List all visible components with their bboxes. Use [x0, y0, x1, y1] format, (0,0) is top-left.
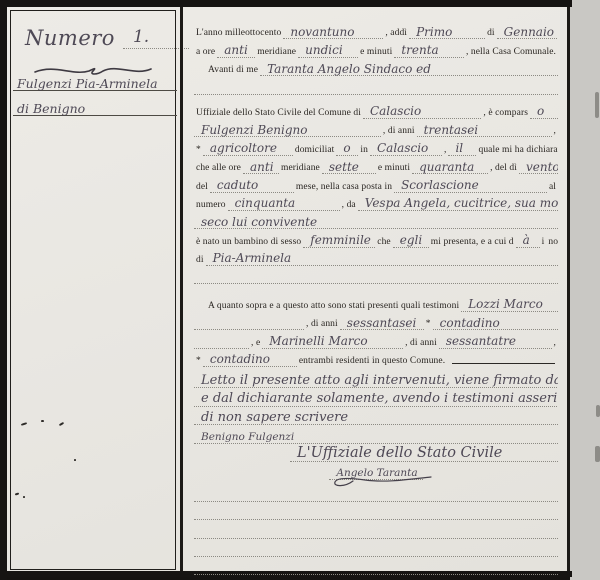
act-line: Uffiziale dello Stato Civile del Comune … [194, 101, 558, 119]
printed-text: , addì [383, 28, 409, 39]
act-line [194, 520, 558, 538]
blank-dotted-line [194, 317, 304, 330]
printed-text: L'anno milleottocento [194, 28, 283, 39]
registrant-father: di Benigno [13, 102, 177, 116]
scan-smudge [595, 446, 600, 462]
act-line: è nato un bambino di sessofemminilecheeg… [194, 229, 558, 247]
printed-text: Uffiziale dello Stato Civile del Comune … [194, 108, 363, 119]
printed-text: domiciliat [293, 145, 337, 156]
handwritten-entry: contadino [433, 317, 558, 331]
handwritten-entry: o [336, 142, 358, 156]
act-line: seco lui convivente [194, 211, 558, 229]
act-line: *agricoltoredomiciliatoinCalascio,ilqual… [194, 137, 558, 155]
printed-text: nom [546, 237, 558, 248]
numero-row: Numero 1. [25, 27, 165, 49]
printed-text: in [358, 145, 370, 156]
act-line: L'anno milleottocentonovantuno, addìPrim… [194, 21, 558, 39]
handwritten-entry: quaranta [412, 161, 488, 175]
blank-dotted-line [194, 82, 558, 95]
printed-text: che alle ore [194, 163, 243, 174]
handwritten-entry: di non sapere scrivere [194, 411, 558, 426]
handwritten-entry: cinquanta [228, 197, 340, 211]
printed-text: , e [249, 338, 262, 349]
printed-text: meridiane [279, 163, 322, 174]
act-line: di non sapere scrivere [194, 407, 558, 425]
handwritten-entry: Gennaio [497, 26, 558, 40]
act-line: , eMarinelli Marco, di annisessantatre, [194, 330, 558, 348]
handwritten-entry: Taranta Angelo Sindaco ed [260, 63, 558, 77]
scan-left-border [0, 0, 7, 580]
scan-top-border [0, 0, 572, 7]
handwritten-entry: L'Uffiziale dello Stato Civile [290, 446, 558, 462]
printed-text: numero [194, 200, 228, 211]
document-scan: Numero 1. Fulgenzi Pia-Arminela di Benig… [0, 0, 600, 580]
ink-speck [59, 422, 64, 426]
registrant-name: Fulgenzi Pia-Arminela [13, 77, 177, 91]
act-line: delcadutomese, nella casa posta inScorla… [194, 174, 558, 192]
handwritten-entry: Calascio [370, 142, 442, 156]
handwritten-entry: sessantatre [439, 335, 552, 349]
handwritten-entry: caduto [210, 179, 294, 193]
act-line [194, 502, 558, 520]
handwritten-entry: Marinelli Marco [262, 335, 403, 349]
handwritten-entry: trenta [394, 44, 464, 58]
act-line [194, 266, 558, 284]
act-line: *contadinoentrambi residenti in questo C… [194, 349, 558, 367]
act-line [194, 557, 558, 575]
printed-text: a ore [194, 47, 217, 58]
handwritten-entry: o [530, 105, 558, 119]
printed-text: , di anni [403, 338, 439, 349]
handwritten-entry: e dal dichiarante solamente, avendo i te… [194, 392, 558, 407]
act-line: a oreantimeridianeundicie minutitrenta, … [194, 39, 558, 57]
act-line: Avanti di meTaranta Angelo Sindaco ed [194, 58, 558, 76]
blank-dotted-line [194, 544, 558, 557]
printed-text: quale mi ha dichiarato [476, 145, 558, 156]
handwritten-entry: sette [322, 161, 376, 175]
scan-smudge [596, 405, 600, 417]
handwritten-entry: Vespa Angela, cucitrice, sua moglie [358, 197, 558, 211]
printed-text: * [194, 356, 203, 367]
printed-text: A quanto sopra e a questo atto sono stat… [206, 301, 461, 312]
handwritten-entry: contadino [203, 353, 297, 367]
act-line: Letto il presente atto agli intervenuti,… [194, 370, 558, 388]
handwritten-entry: Fulgenzi Benigno [194, 124, 381, 138]
printed-text: , [552, 126, 558, 137]
handwritten-entry: Pia-Arminela [206, 252, 558, 266]
blank-dotted-line [194, 526, 558, 539]
printed-text: , di anni [381, 126, 417, 137]
act-line [194, 539, 558, 557]
printed-text: , da [340, 200, 358, 211]
printed-text: * [424, 319, 433, 330]
ink-speck [23, 496, 25, 498]
ink-speck [21, 422, 27, 426]
main-column-right-border [567, 7, 570, 571]
handwritten-entry: agricoltore [203, 142, 293, 156]
printed-text: , [552, 338, 558, 349]
margin-column: Numero 1. Fulgenzi Pia-Arminela di Benig… [10, 10, 176, 570]
printed-text: e minuti [376, 163, 412, 174]
handwritten-entry: seco lui convivente [194, 216, 558, 230]
scan-right-margin [570, 0, 600, 580]
printed-text: del [194, 182, 210, 193]
printed-text: mi presenta, e a cui d [429, 237, 516, 248]
blank-dotted-line [194, 562, 558, 575]
printed-text: Avanti di me [206, 65, 260, 76]
handwritten-entry: Letto il presente atto agli intervenuti,… [194, 374, 558, 389]
numero-label: Numero [25, 27, 115, 49]
printed-text: , del dì [488, 163, 519, 174]
act-line: , di annisessantasei*contadino [194, 312, 558, 330]
printed-text: che [375, 237, 392, 248]
handwritten-entry: à [516, 234, 540, 248]
handwritten-entry: femminile [303, 234, 375, 248]
printed-text: di [194, 255, 206, 266]
act-line [194, 76, 558, 94]
signature-flourish [325, 474, 435, 490]
act-line: che alle oreantimeridianesettee minutiqu… [194, 156, 558, 174]
printed-text: , è compars [481, 108, 530, 119]
printed-text: , nella Casa Comunale. [464, 47, 558, 58]
handwritten-entry: Primo [409, 26, 485, 40]
blank-dotted-line [194, 507, 558, 520]
printed-text: al [547, 182, 558, 193]
act-line: L'Uffiziale dello Stato Civile [194, 444, 558, 462]
handwritten-entry: anti [217, 44, 255, 58]
printed-text: è nato un bambino di sesso [194, 237, 303, 248]
act-line: diPia-Arminela [194, 248, 558, 266]
handwritten-entry: anti [243, 161, 279, 175]
scan-smudge [595, 92, 599, 118]
handwritten-entry: Lozzi Marco [461, 298, 558, 312]
printed-text: mese, nella casa posta in [294, 182, 394, 193]
handwritten-entry: novantuno [283, 26, 383, 40]
handwritten-entry: egli [393, 234, 429, 248]
act-line: numerocinquanta, daVespa Angela, cucitri… [194, 193, 558, 211]
ink-speck [15, 493, 19, 496]
handwritten-entry: ventotto [519, 161, 558, 175]
handwritten-entry: Scorlascione [394, 179, 547, 193]
handwritten-entry: Benigno Fulgenzi [194, 432, 558, 444]
printed-text: entrambi residenti in questo Comune. [297, 356, 447, 367]
handwritten-entry: il [448, 142, 476, 156]
printed-text: meridiane [255, 47, 298, 58]
act-line: A quanto sopra e a questo atto sono stat… [194, 293, 558, 311]
act-line: Fulgenzi Benigno, di annitrentasei, [194, 119, 558, 137]
handwritten-entry: trentasei [417, 124, 552, 138]
handwritten-entry: undici [298, 44, 358, 58]
blank-dotted-line [194, 336, 249, 349]
printed-text: , di anni [304, 319, 340, 330]
printed-text: * [194, 145, 203, 156]
ink-speck [41, 420, 44, 422]
solid-rule [452, 351, 555, 364]
ink-speck [74, 459, 76, 461]
act-line: Benigno Fulgenzi [194, 425, 558, 443]
printed-text: i [540, 237, 547, 248]
act-line: e dal dichiarante solamente, avendo i te… [194, 388, 558, 406]
act-column: L'anno milleottocentonovantuno, addìPrim… [183, 8, 567, 570]
printed-text: e minuti [358, 47, 394, 58]
blank-dotted-line [194, 489, 558, 502]
handwritten-entry: sessantasei [340, 317, 424, 331]
handwritten-entry: Calascio [363, 105, 481, 119]
blank-dotted-line [194, 271, 558, 284]
printed-text: di [485, 28, 497, 39]
